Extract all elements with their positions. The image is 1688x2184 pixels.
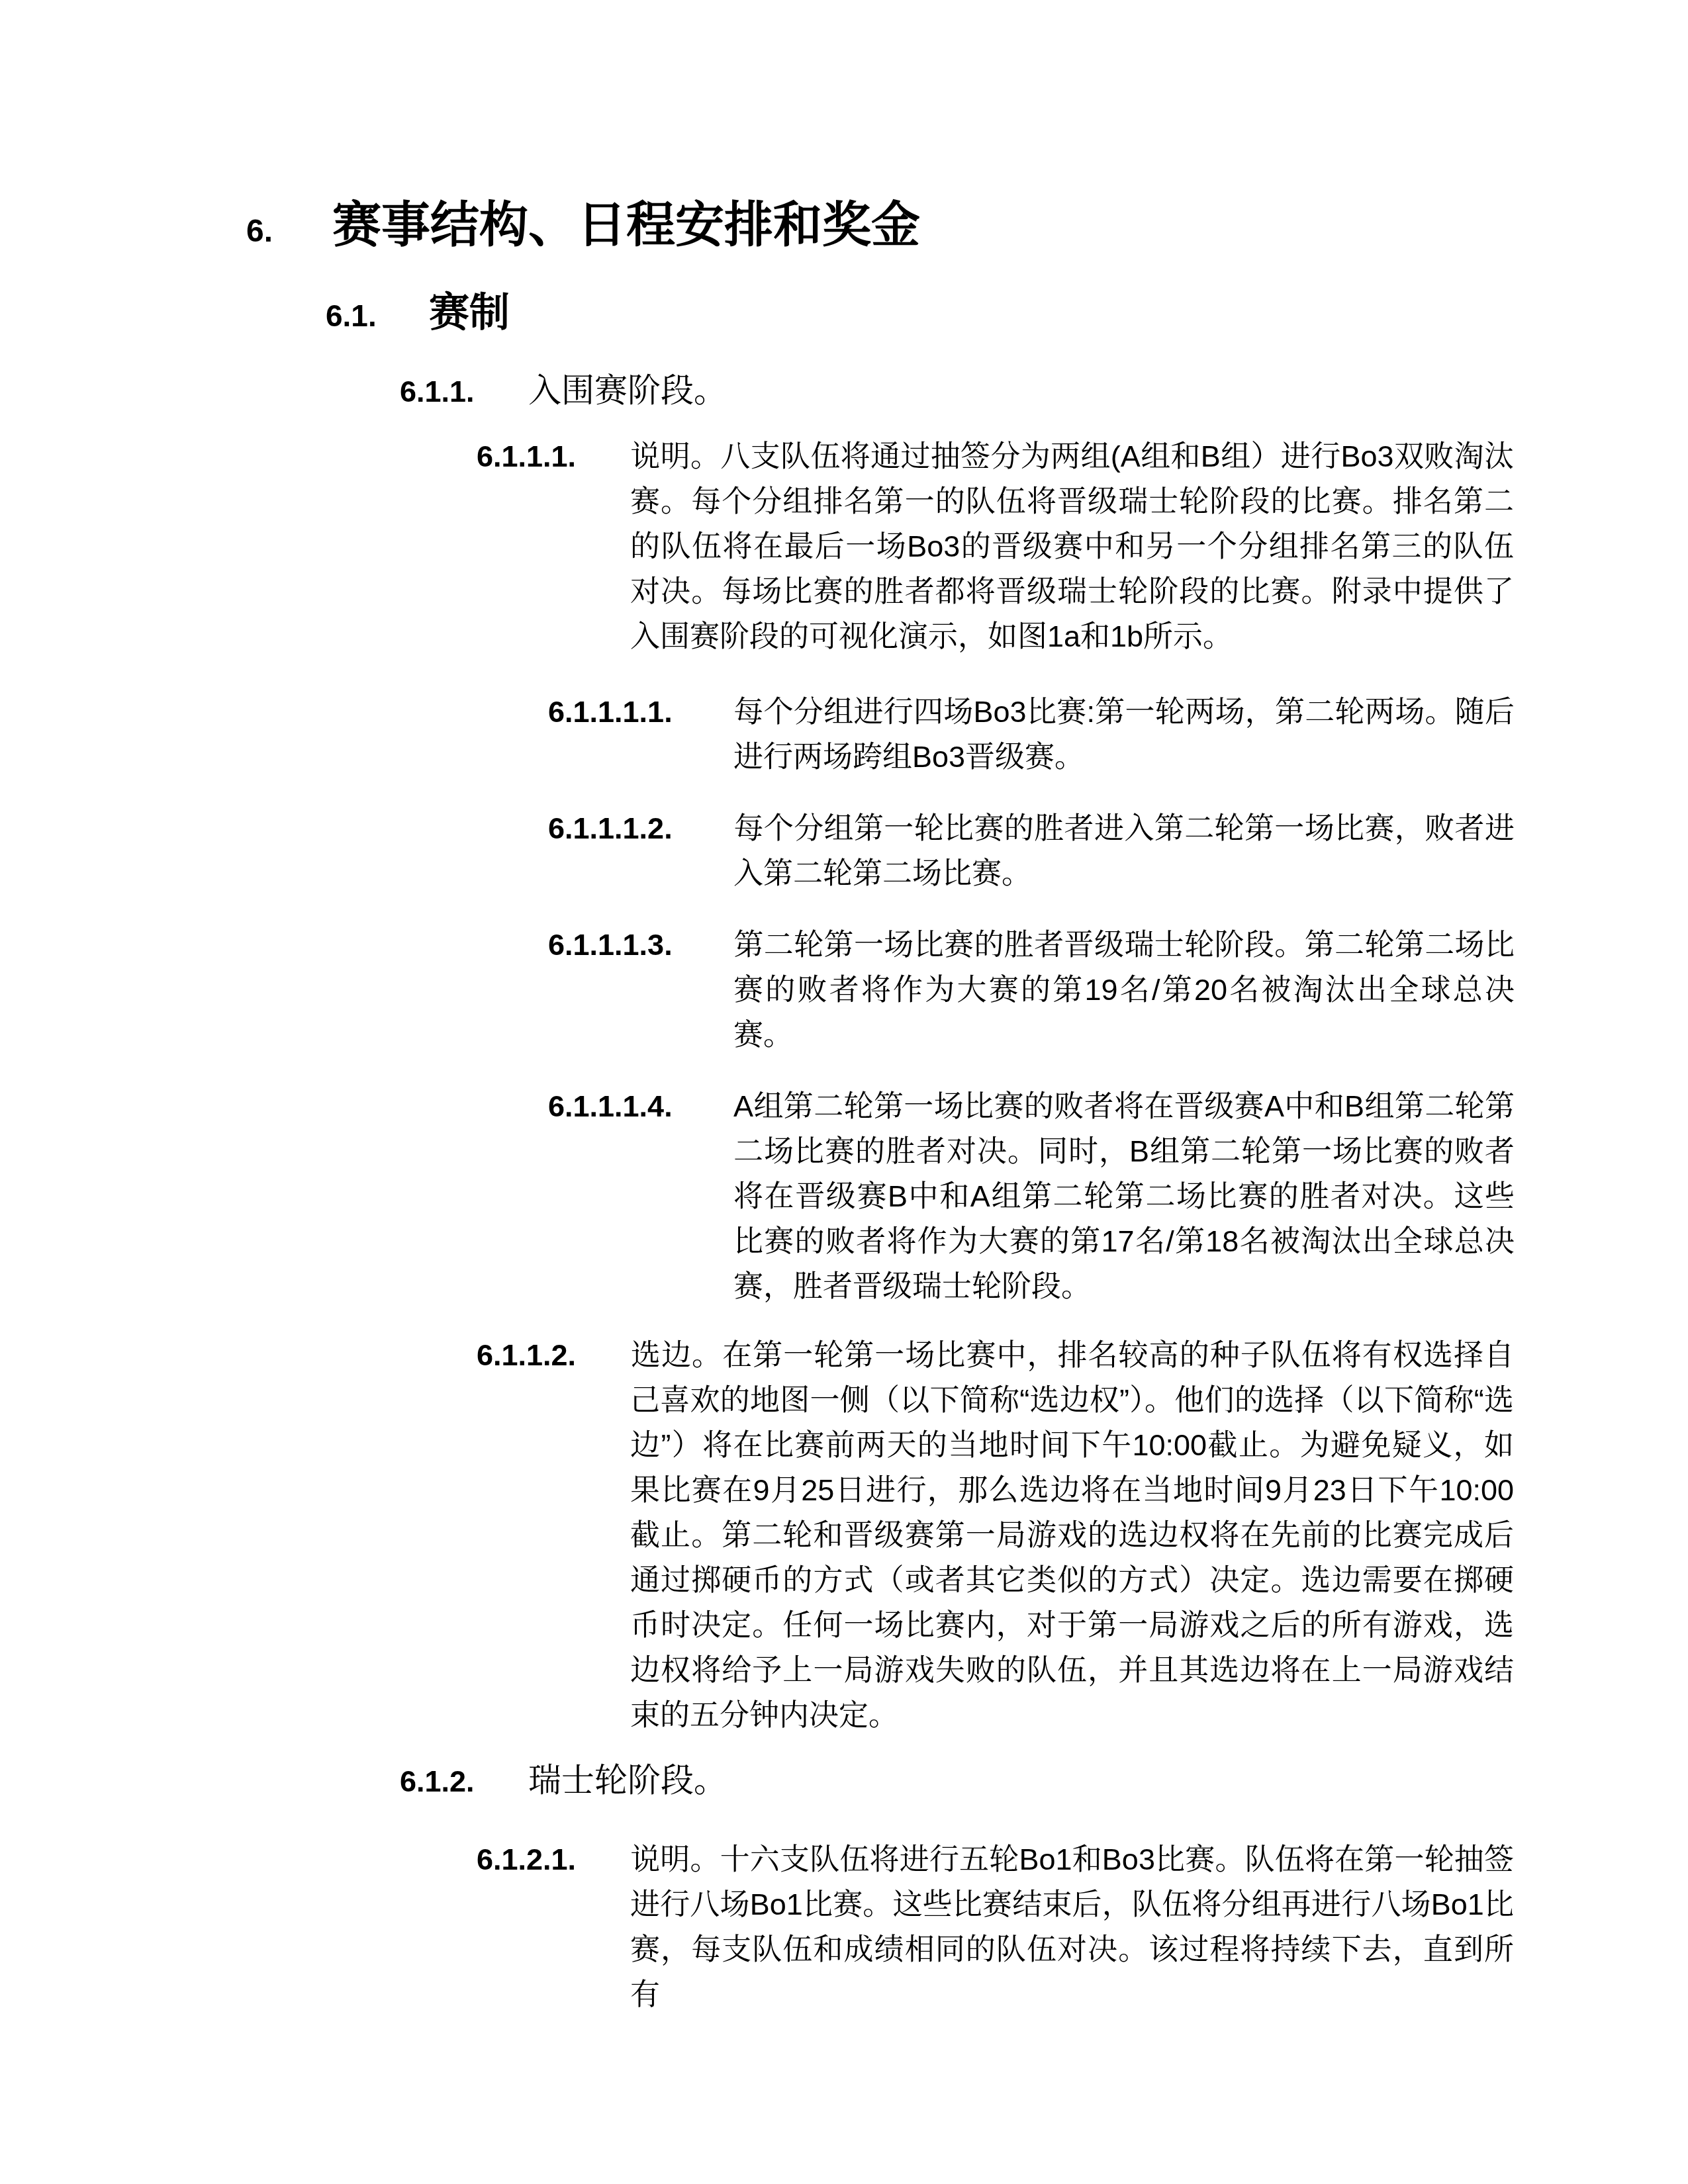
- chapter-title: 赛事结构、日程安排和奖金: [332, 197, 920, 252]
- clause-6-1-2-1: 6.1.2.1.说明。十六支队伍将进行五轮Bo1和Bo3比赛。队伍将在第一轮抽签…: [477, 1837, 1514, 2017]
- clause-6-1-1-1-3: 6.1.1.1.3.第二轮第一场比赛的胜者晋级瑞士轮阶段。第二轮第二场比赛的败者…: [548, 923, 1515, 1058]
- section-title: 赛制: [429, 290, 510, 335]
- clause-text: 每个分组进行四场Bo3比赛:第一轮两场，第二轮两场。随后进行两场跨组Bo3晋级赛…: [733, 695, 1515, 774]
- subsection-heading-6-1-1: 6.1.1.入围赛阶段。: [400, 365, 1509, 417]
- clause-number: 6.1.1.1.2.: [548, 806, 733, 851]
- clause-6-1-1-1-4: 6.1.1.1.4.A组第二轮第一场比赛的败者将在晋级赛A中和B组第二轮第二场比…: [548, 1084, 1515, 1309]
- clause-6-1-1-1: 6.1.1.1.说明。八支队伍将通过抽签分为两组(A组和B组）进行Bo3双败淘汰…: [477, 434, 1514, 659]
- clause-number: 6.1.1.1.: [477, 434, 630, 479]
- clause-number: 6.1.1.2.: [477, 1333, 630, 1378]
- clause-number: 6.1.1.1.1.: [548, 690, 733, 735]
- section-number: 6.: [246, 200, 332, 263]
- clause-text: 选边。在第一轮第一场比赛中，排名较高的种子队伍将有权选择自己喜欢的地图一侧（以下…: [630, 1338, 1514, 1732]
- clause-6-1-1-2: 6.1.1.2.选边。在第一轮第一场比赛中，排名较高的种子队伍将有权选择自己喜欢…: [477, 1333, 1514, 1738]
- clause-text: A组第二轮第一场比赛的败者将在晋级赛A中和B组第二轮第二场比赛的胜者对决。同时，…: [733, 1089, 1515, 1303]
- document-page: 6.赛事结构、日程安排和奖金 6.1.赛制 6.1.1.入围赛阶段。 6.1.1…: [0, 0, 1688, 2184]
- chapter-heading-6: 6.赛事结构、日程安排和奖金: [246, 193, 1504, 263]
- clause-number: 6.1.1.1.4.: [548, 1084, 733, 1129]
- section-number: 6.1.2.: [400, 1756, 528, 1807]
- clause-text: 第二轮第一场比赛的胜者晋级瑞士轮阶段。第二轮第二场比赛的败者将作为大赛的第19名…: [733, 928, 1515, 1052]
- section-number: 6.1.1.: [400, 367, 528, 417]
- clause-number: 6.1.1.1.3.: [548, 923, 733, 968]
- section-heading-6-1: 6.1.赛制: [326, 283, 1451, 345]
- subsection-title: 瑞士轮阶段。: [528, 1762, 727, 1799]
- clause-6-1-1-1-2: 6.1.1.1.2.每个分组第一轮比赛的胜者进入第二轮第一场比赛，败者进入第二轮…: [548, 806, 1515, 896]
- subsection-title: 入围赛阶段。: [528, 372, 727, 409]
- clause-text: 说明。八支队伍将通过抽签分为两组(A组和B组）进行Bo3双败淘汰赛。每个分组排名…: [630, 439, 1514, 653]
- clause-number: 6.1.2.1.: [477, 1837, 630, 1882]
- subsection-heading-6-1-2: 6.1.2.瑞士轮阶段。: [400, 1755, 1509, 1807]
- clause-6-1-1-1-1: 6.1.1.1.1.每个分组进行四场Bo3比赛:第一轮两场，第二轮两场。随后进行…: [548, 690, 1515, 780]
- clause-text: 每个分组第一轮比赛的胜者进入第二轮第一场比赛，败者进入第二轮第二场比赛。: [733, 811, 1515, 890]
- clause-text: 说明。十六支队伍将进行五轮Bo1和Bo3比赛。队伍将在第一轮抽签进行八场Bo1比…: [630, 1843, 1514, 2011]
- section-number: 6.1.: [326, 287, 429, 345]
